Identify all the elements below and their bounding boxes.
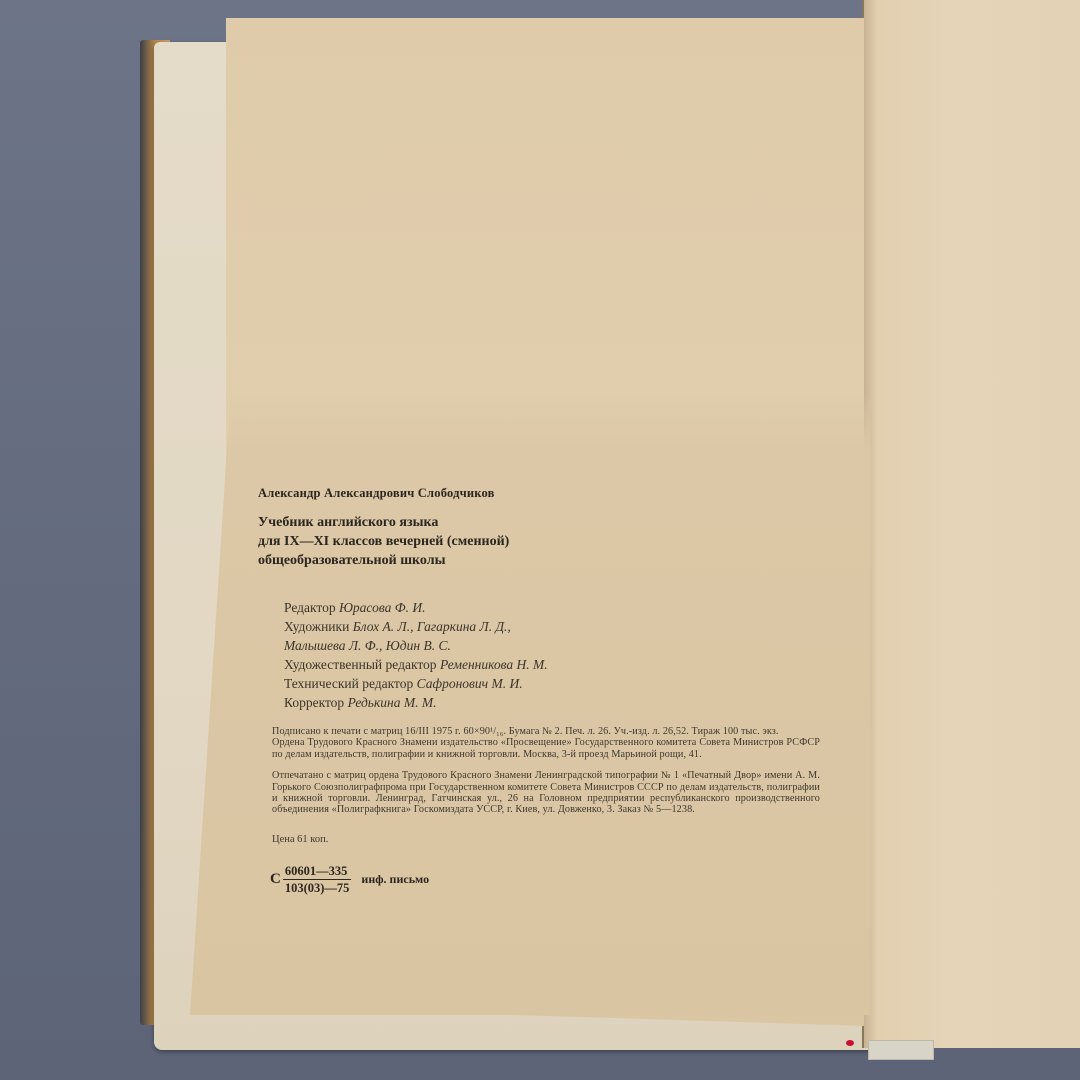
credit-artists: Художники Блох А. Л., Гагаркина Л. Д.,	[284, 617, 818, 636]
title-line: для IX—XI классов вечерней (сменной)	[258, 532, 818, 551]
print-details: Подписано к печати с матриц 16/III 1975 …	[272, 726, 820, 760]
index-letter: С	[270, 871, 281, 888]
author-name: Александр Александрович Слободчиков	[258, 486, 818, 501]
book-title: Учебник английского языка для IX—XI клас…	[258, 513, 818, 570]
index-note: инф. письмо	[361, 872, 429, 887]
credits-list: Редактор Юрасова Ф. И. Художники Блох А.…	[258, 598, 818, 712]
credit-artists-cont: Малышева Л. Ф., Юдин В. С.	[284, 636, 818, 655]
title-line: общеобразовательной школы	[258, 551, 818, 570]
print-info: Подписано к печати с матриц 16/III 1975 …	[272, 726, 820, 737]
printer-details: Отпечатано с матриц ордена Трудового Кра…	[272, 770, 820, 816]
printer-info: Отпечатано с матриц ордена Трудового Кра…	[272, 770, 820, 816]
publisher-info: Ордена Трудового Красного Знамени издате…	[272, 737, 820, 760]
index-denominator: 103(03)—75	[283, 880, 352, 896]
index-fraction: 60601—335 103(03)—75	[283, 863, 352, 896]
spine-tab	[868, 1040, 934, 1060]
red-mark	[846, 1040, 854, 1046]
price: Цена 61 коп.	[272, 834, 818, 845]
credit-tech-editor: Технический редактор Сафронович М. И.	[284, 674, 818, 693]
credit-editor: Редактор Юрасова Ф. И.	[284, 598, 818, 617]
index-code: С 60601—335 103(03)—75 инф. письмо	[270, 863, 818, 896]
imprint-block: Александр Александрович Слободчиков Учеб…	[258, 486, 818, 896]
title-line: Учебник английского языка	[258, 513, 818, 532]
credit-proofreader: Корректор Редькина М. М.	[284, 693, 818, 712]
right-page	[862, 0, 1080, 1048]
credit-art-editor: Художественный редактор Ременникова Н. М…	[284, 655, 818, 674]
index-numerator: 60601—335	[283, 863, 352, 880]
photo-scene: Александр Александрович Слободчиков Учеб…	[0, 0, 1080, 1080]
